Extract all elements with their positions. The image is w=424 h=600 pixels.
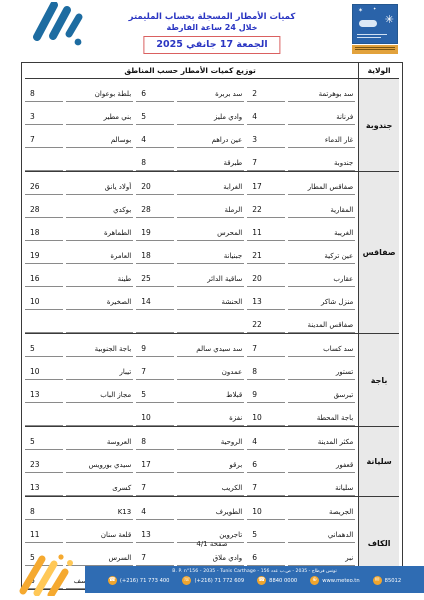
station-name: طينة [66,264,133,287]
rain-value: 26 [25,172,63,195]
table-row: المقارية22الرملة28بوكدي28 [25,195,399,218]
station-name: بني مطير [66,102,133,125]
rain-value: 10 [136,403,174,426]
rain-value [136,310,174,333]
station-name: سليانة [288,473,355,496]
station-name: بلطة بوعوان [66,79,133,102]
rain-value: 20 [136,172,174,195]
station-name: الغرابة [177,172,244,195]
rain-value: 28 [136,195,174,218]
station-name: الكريب [177,473,244,496]
distribution-header: توزيع كميات الأمطار حسب المناطق [25,63,355,78]
star-icon: ✶ [358,7,363,14]
rain-value: 11 [247,218,285,241]
rain-value: 20 [247,264,285,287]
rain-value: 8 [136,427,174,450]
station-name: تستور [288,357,355,380]
contact-label: 85012 [385,578,402,584]
rain-value: 7 [136,357,174,380]
rain-value: 10 [25,357,63,380]
station-name: جندوبة [288,148,355,171]
table-row: جندوبةسد بوهرتمة2سد بربرة6بلطة بوعوان8 [25,79,399,102]
station-name: منزل شاكر [288,287,355,310]
contact-item: ⊕www.meteo.tn [310,576,359,585]
table-row: قعفور6برقو17سيدي بورويس23 [25,450,399,473]
contact-item: ☎(+216) 71 773 400 [108,576,170,585]
contact-label: (+216) 71 773 400 [120,578,170,584]
rain-value: 19 [136,218,174,241]
rain-value: 17 [247,172,285,195]
station-name: مجاز الباب [66,380,133,403]
table-row: سليانةمكثر المدينة4الروحية8العروسة5 [25,427,399,450]
station-name: الروحية [177,427,244,450]
station-name: برقو [177,450,244,473]
station-name: الجريصة [288,497,355,520]
governorate-cell: سليانة [358,427,399,496]
contact-label: (+216) 71 772 609 [194,578,244,584]
contact-item: ☎8840 0000 [257,576,297,585]
station-name: باجة الجنوبية [66,334,133,357]
station-name: بوسالم [66,125,133,148]
station-name: قعفور [288,450,355,473]
table-row: عين تركية21جبنيانة18العامرة19 [25,241,399,264]
station-name: K13 [66,497,133,520]
station-name: العامرة [66,241,133,264]
station-name: الغريبة [288,218,355,241]
table-row: جندوبة7طبرقة8 [25,148,399,171]
station-name: قبلاط [177,380,244,403]
cloud-icon [359,20,377,27]
rain-value: 18 [136,241,174,264]
rain-value: 22 [247,195,285,218]
table-row: صفاقسصفاقس المطار17الغرابة20أولاد يانق26 [25,172,399,195]
table-header-row: الولاية توزيع كميات الأمطار حسب المناطق [25,63,399,78]
governorate-cell: باجة [358,334,399,426]
table-row: فرنانة4وادي مليز5بني مطير3 [25,102,399,125]
rain-value: 7 [25,125,63,148]
fax-icon: ☎ [108,576,117,585]
table-row: باجة المحطة10نفزة10 [25,403,399,426]
station-name: الصخيرة [66,287,133,310]
station-name: كسرى [66,473,133,496]
station-name: المقارية [288,195,355,218]
table-row: سليانة7الكريب7كسرى13 [25,473,399,496]
rain-value: 22 [247,310,285,333]
station-name: أولاد يانق [66,172,133,195]
rain-value: 5 [136,380,174,403]
date-box: الجمعة 17 جانفي 2025 [143,36,280,54]
table-row: تستور8عمدون7تيبار10 [25,357,399,380]
wave-icon [357,37,381,38]
rain-value: 8 [25,497,63,520]
rain-value: 14 [136,287,174,310]
rain-value: 8 [25,79,63,102]
station-name [66,148,133,171]
rain-value: 8 [136,148,174,171]
rain-value [25,148,63,171]
station-name: الحنشة [177,287,244,310]
station-name: عين دراهم [177,125,244,148]
rain-value: 7 [247,334,285,357]
inm-logo-picture: ✶ ✦ ✳ [352,4,398,44]
station-name: بوكدي [66,195,133,218]
rain-value: 13 [25,473,63,496]
rain-value: 18 [25,218,63,241]
station-name: صفاقس المدينة [288,310,355,333]
phone-icon: ☎ [257,576,266,585]
compass-icon: ✳ [385,13,394,26]
footer-stripes-icon [16,550,76,600]
rain-value: 3 [25,102,63,125]
contact-item: ✉85012 [373,576,402,585]
station-name: عقارب [288,264,355,287]
station-name: مكثر المدينة [288,427,355,450]
station-name [66,310,133,333]
rain-strokes-logo-icon [24,2,88,52]
governorate-cell: جندوبة [358,79,399,171]
table-row: صفاقس المدينة22 [25,310,399,333]
rain-value [25,310,63,333]
rain-value: 4 [136,125,174,148]
station-name: عين تركية [288,241,355,264]
rain-value: 7 [136,473,174,496]
rain-value: 7 [247,148,285,171]
page-subtitle: خلال 24 ساعة الفارطة [95,23,329,32]
rain-value: 4 [247,102,285,125]
station-name: الطماهرة [66,218,133,241]
rain-value: 4 [136,497,174,520]
table-row: تبرسق9قبلاط5مجاز الباب13 [25,380,399,403]
rain-value: 10 [247,497,285,520]
rain-value: 13 [247,287,285,310]
globe-icon: ⊕ [310,576,319,585]
rain-value: 5 [25,427,63,450]
station-name: المحرس [177,218,244,241]
station-name: غار الدماء [288,125,355,148]
table-row: غار الدماء3عين دراهم4بوسالم7 [25,125,399,148]
station-name: عمدون [177,357,244,380]
station-name: سد كساب [288,334,355,357]
rain-value: 10 [25,287,63,310]
station-name: تبرسق [288,380,355,403]
inm-logo-band [352,45,398,54]
station-name: باجة المحطة [288,403,355,426]
rain-value: 19 [25,241,63,264]
rain-value: 8 [247,357,285,380]
rain-value: 9 [247,380,285,403]
table-row: باجةسد كساب7سد سيدي سالم9باجة الجنوبية5 [25,334,399,357]
rain-value: 5 [136,102,174,125]
station-name: العروسة [66,427,133,450]
rain-value: 9 [136,334,174,357]
rain-value: 5 [25,334,63,357]
station-name [177,310,244,333]
rain-value: 7 [247,473,285,496]
rain-value: 16 [25,264,63,287]
station-name: سد بربرة [177,79,244,102]
contact-label: www.meteo.tn [322,578,359,584]
table-row: الكافالجريصة10الطويرف4K138 [25,497,399,520]
footer-address: B. P. n°156 - 2035 - Tunis Carthage - تو… [85,569,424,574]
page-title: كميات الأمطار المسجلة بحساب المليمتر [95,12,329,22]
station-name: تيبار [66,357,133,380]
contact-item: ☏(+216) 71 772 609 [182,576,244,585]
station-name: فرنانة [288,102,355,125]
station-name [66,403,133,426]
rain-table-body: جندوبةسد بوهرتمة2سد بربرة6بلطة بوعوان8فر… [25,79,399,589]
rain-value: 28 [25,195,63,218]
station-name: جبنيانة [177,241,244,264]
station-name: سيدي بورويس [66,450,133,473]
station-name: سد سيدي سالم [177,334,244,357]
footer-bar: B. P. n°156 - 2035 - Tunis Carthage - تو… [85,566,424,593]
rain-value: 17 [136,450,174,473]
rain-value [25,403,63,426]
station-name: سد بوهرتمة [288,79,355,102]
rain-value: 25 [136,264,174,287]
rain-value: 6 [247,450,285,473]
rainfall-table: الولاية توزيع كميات الأمطار حسب المناطق … [21,62,403,590]
page-number: صفحة 4/1 [0,540,424,548]
station-name: طبرقة [177,148,244,171]
station-name: نفزة [177,403,244,426]
contact-label: 8840 0000 [269,578,297,584]
rain-value: 21 [247,241,285,264]
table-row: عقارب20ساقية الدائر25طينة16 [25,264,399,287]
station-name: صفاقس المطار [288,172,355,195]
star-icon: ✦ [373,6,376,11]
inm-logo: ✶ ✦ ✳ [352,4,398,54]
governorate-cell: صفاقس [358,172,399,333]
station-name: ساقية الدائر [177,264,244,287]
table-row: منزل شاكر13الحنشة14الصخيرة10 [25,287,399,310]
station-name: وادي مليز [177,102,244,125]
rain-value: 23 [25,450,63,473]
printer-icon: ☏ [182,576,191,585]
rain-value: 13 [25,380,63,403]
sms-icon: ✉ [373,576,382,585]
footer-contacts: ☎(+216) 71 773 400☏(+216) 71 772 609☎884… [85,576,424,585]
table-row: الغريبة11المحرس19الطماهرة18 [25,218,399,241]
rain-value: 4 [247,427,285,450]
rain-value: 3 [247,125,285,148]
rain-value: 10 [247,403,285,426]
governorate-column-header: الولاية [358,63,399,78]
report-page: ✶ ✦ ✳ كميات الأمطار المسجلة بحساب المليم… [0,0,424,600]
rain-value: 2 [247,79,285,102]
wave-icon [357,34,387,35]
station-name: الرملة [177,195,244,218]
station-name: الطويرف [177,497,244,520]
rain-value: 6 [136,79,174,102]
